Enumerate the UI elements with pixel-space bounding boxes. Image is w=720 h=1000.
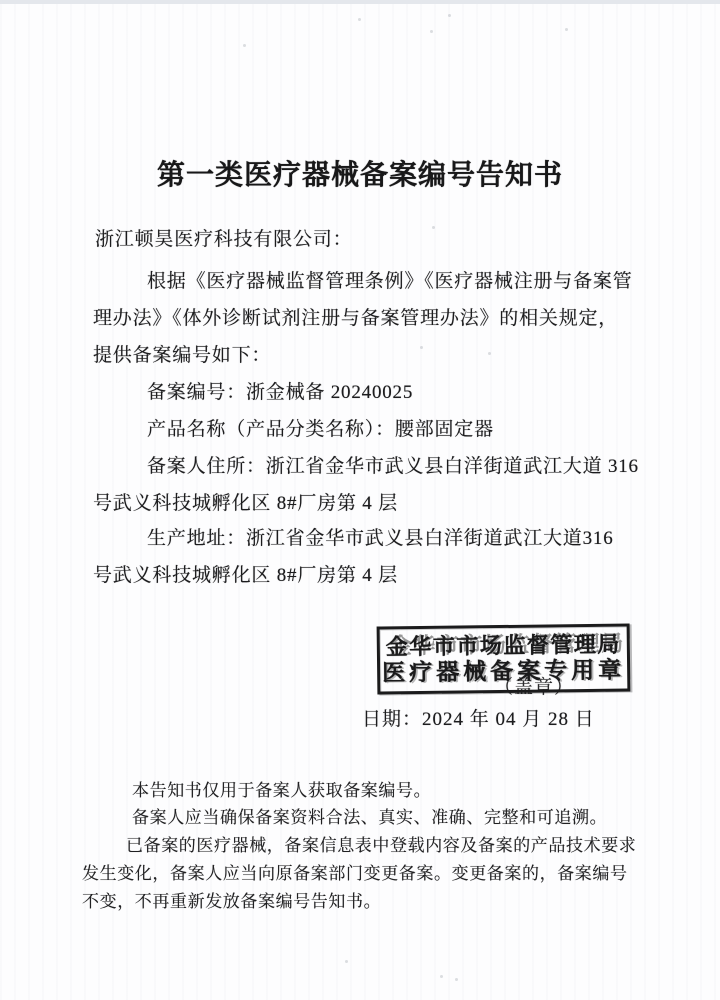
recipient-line: 浙江顿昊医疗科技有限公司：: [95, 224, 352, 251]
note-line-2: 备案人应当确保备案资料合法、真实、准确、完整和可追溯。: [132, 803, 607, 828]
stamp-purpose-line: 医疗器械备案专用章: [382, 657, 625, 686]
scan-speck: [420, 346, 423, 349]
document-title: 第一类医疗器械备案编号告知书: [0, 153, 720, 193]
note-line-4: 发生变化，备案人应当向原备案部门变更备案。变更备案的，备案编号: [82, 859, 628, 884]
stamp-authority-line: 金华市市场监督管理局: [386, 632, 621, 660]
product-name-line: 产品名称（产品分类名称）：腰部固定器: [147, 414, 494, 441]
note-line-5: 不变，不再重新发放备案编号告知书。: [82, 887, 381, 912]
production-address-line-1: 生产地址：浙江省金华市武义县白洋街道武江大道316: [147, 523, 614, 550]
scan-edge-artifact: [0, 0, 720, 4]
note-line-1: 本告知书仅用于备案人获取备案编号。: [132, 776, 431, 801]
scan-speck: [243, 44, 246, 47]
scan-speck: [432, 226, 435, 229]
note-line-3: 已备案的医疗器械，备案信息表中登载内容及备案的产品技术要求: [126, 831, 636, 856]
scan-speck: [488, 352, 491, 355]
record-number-line: 备案编号：浙金械备 20240025: [147, 377, 413, 404]
scan-speck: [345, 960, 348, 963]
scan-speck: [448, 14, 451, 17]
scan-speck: [430, 30, 433, 33]
official-stamp: 金华市市场监督管理局 医疗器械备案专用章: [377, 623, 631, 694]
scanned-document-page: 第一类医疗器械备案编号告知书 浙江顿昊医疗科技有限公司： 根据《医疗器械监督管理…: [0, 0, 720, 1000]
scan-speck: [455, 978, 458, 981]
scan-speck: [358, 18, 361, 21]
production-address-line-2: 号武义科技城孵化区 8#厂房第 4 层: [93, 560, 398, 587]
registrant-address-line-1: 备案人住所：浙江省金华市武义县白洋街道武江大道 316: [147, 451, 639, 478]
date-line: 日期：2024 年 04 月 28 日: [362, 704, 595, 731]
scan-speck: [565, 28, 568, 31]
body-line-regulations-2: 理办法》《体外诊断试剂注册与备案管理办法》的相关规定，: [93, 303, 618, 330]
body-line-regulations-1: 根据《医疗器械监督管理条例》《医疗器械注册与备案管: [147, 266, 633, 293]
registrant-address-line-2: 号武义科技城孵化区 8#厂房第 4 层: [93, 488, 398, 515]
body-line-intro: 提供备案编号如下：: [93, 340, 271, 367]
scan-speck: [440, 975, 443, 978]
